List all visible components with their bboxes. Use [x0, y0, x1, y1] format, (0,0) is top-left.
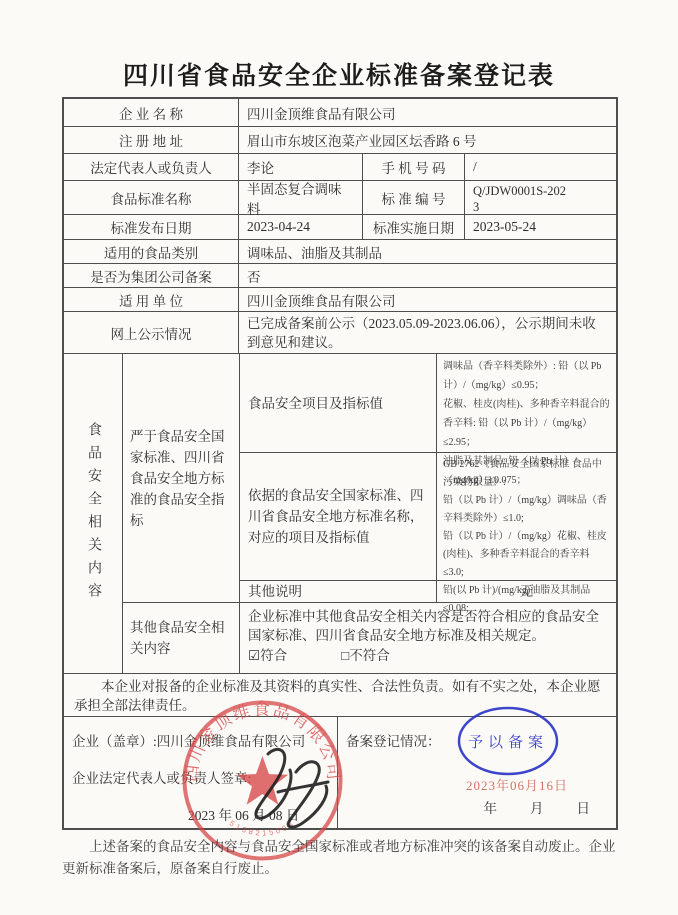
category-value: 调味品、油脂及其制品	[238, 240, 616, 263]
food-safety-body: 严于食品安全国家标准、四川省食品安全地方标准的食品安全指标 食品安全项目及指标值…	[122, 354, 616, 673]
other-note-label: 其他说明	[240, 581, 436, 602]
indicators-value: 调味品（香辛料类除外）: 铅（以 Pb 计）/（mg/kg）≤0.95； 花椒、…	[436, 354, 616, 452]
standard-no-value: Q/JDW0001S-2023	[464, 181, 616, 214]
stricter-standards-rows: 食品安全项目及指标值 调味品（香辛料类除外）: 铅（以 Pb 计）/（mg/kg…	[239, 354, 616, 602]
row-address: 注 册 地 址 眉山市东坡区泡菜产业园区坛香路 6 号	[64, 126, 616, 153]
implement-date-label: 标准实施日期	[362, 215, 464, 239]
other-related-block: 其他食品安全相关内容 企业标准中其他食品安全相关内容是否符合相应的食品安全国家标…	[123, 602, 616, 673]
row-standard-name: 食品标准名称 半固态复合调味料 标 准 编 号 Q/JDW0001S-2023	[64, 180, 616, 214]
other-note-value: 无	[436, 581, 616, 602]
publish-date-label: 标准发布日期	[64, 215, 238, 239]
option-compliant-label: 符合	[260, 646, 287, 665]
declaration-text: 本企业对报备的企业标准及其资料的真实性、合法性负责。如有不实之处，本企业愿承担全…	[64, 674, 616, 716]
legal-rep-value: 李论	[238, 154, 362, 180]
publish-date-value: 2023-04-24	[238, 215, 362, 239]
row-legal-rep: 法定代表人或负责人 李论 手 机 号 码 /	[64, 153, 616, 180]
signing-date-line: 2023 年 06 月 08 日	[72, 804, 329, 824]
other-related-content: 企业标准中其他食品安全相关内容是否符合相应的食品安全国家标准、四川省食品安全地方…	[239, 603, 616, 673]
company-name-value: 四川金顶维食品有限公司	[238, 99, 616, 126]
row-dates: 标准发布日期 2023-04-24 标准实施日期 2023-05-24	[64, 214, 616, 239]
standard-name-label: 食品标准名称	[64, 181, 238, 214]
row-group-filing: 是否为集团公司备案 否	[64, 263, 616, 287]
group-filing-value: 否	[238, 264, 616, 287]
company-name-label: 企 业 名 称	[64, 99, 238, 126]
group-filing-label: 是否为集团公司备案	[64, 264, 238, 287]
row-company-name: 企 业 名 称 四川金顶维食品有限公司	[64, 99, 616, 126]
row-basis: 依据的食品安全国家标准、四川省食品安全地方标准名称，对应的项目及指标值 GB 2…	[240, 452, 616, 580]
form-table: 企 业 名 称 四川金顶维食品有限公司 注 册 地 址 眉山市东坡区泡菜产业园区…	[62, 97, 618, 830]
row-publicity: 网上公示情况 已完成备案前公示（2023.05.09-2023.06.06），公…	[64, 311, 616, 353]
checkbox-checked-icon: ☑	[248, 646, 260, 665]
row-declaration: 本企业对报备的企业标准及其资料的真实性、合法性负责。如有不实之处，本企业愿承担全…	[64, 673, 616, 716]
standard-no-label: 标 准 编 号	[362, 181, 464, 214]
mobile-label: 手 机 号 码	[362, 154, 464, 180]
basis-label: 依据的食品安全国家标准、四川省食品安全地方标准名称，对应的项目及指标值	[240, 453, 436, 580]
option-noncompliant: □不符合	[341, 646, 390, 665]
registration-label: 备案登记情况：	[346, 730, 608, 750]
other-related-label: 其他食品安全相关内容	[123, 603, 239, 673]
standard-name-value: 半固态复合调味料	[238, 181, 362, 214]
legal-rep-label: 法定代表人或负责人	[64, 154, 238, 180]
category-label: 适用的食品类别	[64, 240, 238, 263]
publicity-label: 网上公示情况	[64, 312, 238, 353]
compliance-options: ☑符合 □不符合	[248, 646, 608, 665]
mobile-value: /	[464, 154, 616, 180]
basis-value: GB 2762《食品安全国家标准 食品中污染物限量》: 铅（以 Pb 计）/（m…	[436, 453, 616, 580]
registration-date-placeholder: 年 月 日	[484, 797, 593, 817]
applicable-unit-value: 四川金顶维食品有限公司	[238, 288, 616, 311]
option-compliant: ☑符合	[248, 646, 287, 665]
stricter-standards-label: 严于食品安全国家标准、四川省食品安全地方标准的食品安全指标	[123, 354, 239, 602]
option-noncompliant-label: 不符合	[349, 646, 390, 665]
applicable-unit-label: 适 用 单 位	[64, 288, 238, 311]
indicators-label: 食品安全项目及指标值	[240, 354, 436, 452]
section-food-safety: 食品安全相关内容 严于食品安全国家标准、四川省食品安全地方标准的食品安全指标 食…	[64, 353, 616, 673]
food-safety-side-label: 食品安全相关内容	[64, 354, 122, 673]
row-indicators: 食品安全项目及指标值 调味品（香辛料类除外）: 铅（以 Pb 计）/（mg/kg…	[240, 354, 616, 452]
company-stamp-line: 企业（盖章）:四川金顶维食品有限公司	[72, 730, 329, 750]
implement-date-value: 2023-05-24	[464, 215, 616, 239]
registration-cell: 备案登记情况： 年 月 日	[337, 717, 616, 828]
publicity-value: 已完成备案前公示（2023.05.09-2023.06.06），公示期间未收到意…	[238, 312, 616, 353]
other-related-question: 企业标准中其他食品安全相关内容是否符合相应的食品安全国家标准、四川省食品安全地方…	[248, 607, 608, 645]
row-stamps: 企业（盖章）:四川金顶维食品有限公司 企业法定代表人或负责人签章: 2023 年…	[64, 716, 616, 828]
rep-signature-line: 企业法定代表人或负责人签章:	[72, 767, 329, 787]
address-label: 注 册 地 址	[64, 127, 238, 153]
page-title: 四川省食品安全企业标准备案登记表	[0, 56, 678, 92]
stricter-standards-block: 严于食品安全国家标准、四川省食品安全地方标准的食品安全指标 食品安全项目及指标值…	[123, 354, 616, 602]
company-signing-cell: 企业（盖章）:四川金顶维食品有限公司 企业法定代表人或负责人签章: 2023 年…	[64, 717, 337, 828]
checkbox-unchecked-icon: □	[341, 646, 349, 665]
footer-note: 上述备案的食品安全内容与食品安全国家标准或者地方标准冲突的该备案自动废止。企业更…	[62, 836, 618, 880]
address-value: 眉山市东坡区泡菜产业园区坛香路 6 号	[238, 127, 616, 153]
row-other-note: 其他说明 无	[240, 580, 616, 602]
row-category: 适用的食品类别 调味品、油脂及其制品	[64, 239, 616, 263]
row-applicable-unit: 适 用 单 位 四川金顶维食品有限公司	[64, 287, 616, 311]
scanned-form-page: 四川省食品安全企业标准备案登记表 企 业 名 称 四川金顶维食品有限公司 注 册…	[0, 0, 678, 915]
